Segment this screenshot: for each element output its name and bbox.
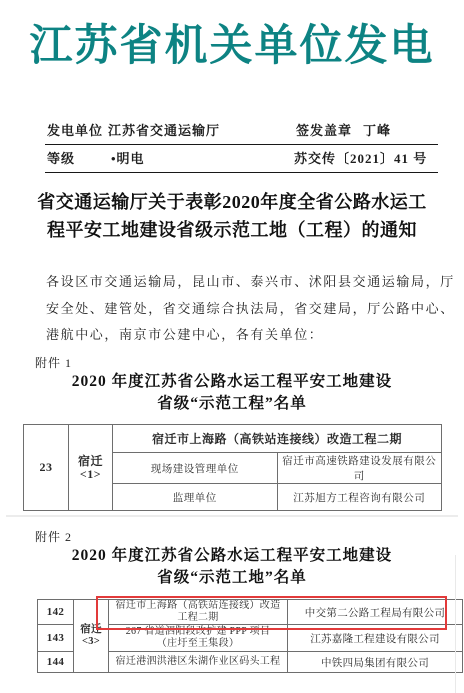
masthead-title: 江苏省机关单位发电: [0, 18, 464, 76]
unit-role-cell: 现场建设管理单位: [113, 453, 278, 484]
document-title-line1: 省交通运输厅关于表彰2020年度全省公路水运工: [12, 188, 452, 216]
table-row-142: 142 宿迁 <3> 宿迁市上海路（高铁站连接线）改造工程二期 中交第二公路工程…: [38, 600, 463, 625]
row-number-cell: 143: [38, 625, 74, 652]
page-edge-line: [455, 555, 456, 693]
attachment2-label: 附件 2: [35, 528, 72, 545]
issuer-label: 发电单位: [47, 120, 103, 139]
unit-name-cell: 宿迁市高速铁路建设发展有限公司: [277, 453, 442, 484]
project-name-cell: 宿迁市上海路（高铁站连接线）改造工程二期: [109, 600, 288, 625]
attachment1-table-wrap: 23 宿迁 <1> 宿迁市上海路（高铁站连接线）改造工程二期 现场建设管理单位 …: [23, 424, 442, 511]
city-note: <3>: [76, 636, 106, 648]
meta-header: 发电单位 江苏省交通运输厅 签发盖章 丁峰 等级 •明电 苏交传〔2021〕41…: [45, 118, 438, 173]
table-row: 23 宿迁 <1> 宿迁市上海路（高铁站连接线）改造工程二期: [24, 425, 442, 453]
project-line1: 267 省道泗阳段改扩建 PPP 项目: [111, 626, 285, 638]
project-name-cell: 267 省道泗阳段改扩建 PPP 项目 （庄圩至王集段）: [109, 625, 288, 652]
meta-row-grade: 等级 •明电 苏交传〔2021〕41 号: [45, 145, 438, 173]
unit-role-cell: 监理单位: [113, 484, 278, 511]
document-number: 苏交传〔2021〕41 号: [294, 148, 427, 167]
project-line2: （庄圩至王集段）: [111, 638, 285, 650]
sign-label: 签发盖章: [296, 120, 352, 139]
city-cell: 宿迁 <3>: [74, 600, 109, 673]
city-cell: 宿迁 <1>: [69, 425, 113, 511]
row-number-cell: 144: [38, 652, 74, 673]
attachment1-title-line2: 省级“示范工程”名单: [12, 393, 452, 415]
city-name: 宿迁: [76, 624, 106, 636]
attachment2-title-line1: 2020 年度江苏省公路水运工程平安工地建设: [12, 545, 452, 567]
meta-row-issuer: 发电单位 江苏省交通运输厅 签发盖章 丁峰: [45, 118, 438, 145]
grade-label: 等级: [47, 148, 75, 167]
telegram-document-page: 江苏省机关单位发电 发电单位 江苏省交通运输厅 签发盖章 丁峰 等级 •明电 苏…: [0, 0, 464, 693]
company-name-cell: 中铁四局集团有限公司: [288, 652, 463, 673]
unit-name-cell: 江苏旭方工程咨询有限公司: [277, 484, 442, 511]
body-line1: 各设区市交通运输局，昆山市、泰兴市、沭阳县交通运输局，厅: [46, 269, 444, 296]
attachment2-title: 2020 年度江苏省公路水运工程平安工地建设 省级“示范工地”名单: [12, 545, 452, 589]
document-title: 省交通运输厅关于表彰2020年度全省公路水运工 程平安工地建设省级示范工地（工程…: [12, 188, 452, 244]
attachment1-title: 2020 年度江苏省公路水运工程平安工地建设 省级“示范工程”名单: [12, 371, 452, 415]
project-name-cell: 宿迁港泗洪港区朱湖作业区码头工程: [109, 652, 288, 673]
row-number-cell: 142: [38, 600, 74, 625]
company-name-cell: 江苏嘉隆工程建设有限公司: [288, 625, 463, 652]
body-line2: 安全处、建管处，省交通综合执法局，省交建局，厅公路中心、: [46, 296, 444, 323]
page-divider-line: [6, 515, 458, 517]
attachment1-table: 23 宿迁 <1> 宿迁市上海路（高铁站连接线）改造工程二期 现场建设管理单位 …: [23, 424, 442, 511]
company-name-cell: 中交第二公路工程局有限公司: [288, 600, 463, 625]
attachment1-title-line1: 2020 年度江苏省公路水运工程平安工地建设: [12, 371, 452, 393]
body-line3: 港航中心，南京市公建中心，各有关单位：: [46, 322, 444, 349]
grade-value: •明电: [111, 148, 145, 167]
project-name-cell: 宿迁市上海路（高铁站连接线）改造工程二期: [113, 425, 442, 453]
addressee-paragraph: 各设区市交通运输局，昆山市、泰兴市、沭阳县交通运输局，厅 安全处、建管处，省交通…: [46, 269, 444, 349]
attachment1-label: 附件 1: [35, 354, 72, 371]
attachment2-table: 142 宿迁 <3> 宿迁市上海路（高铁站连接线）改造工程二期 中交第二公路工程…: [37, 599, 463, 673]
city-name: 宿迁: [71, 455, 110, 468]
attachment2-title-line2: 省级“示范工地”名单: [12, 567, 452, 589]
attachment2-table-wrap: 142 宿迁 <3> 宿迁市上海路（高铁站连接线）改造工程二期 中交第二公路工程…: [37, 599, 463, 673]
city-note: <1>: [71, 468, 110, 481]
document-title-line2: 程平安工地建设省级示范工地（工程）的通知: [12, 216, 452, 244]
row-index-cell: 23: [24, 425, 69, 511]
issuer-value: 江苏省交通运输厅: [108, 120, 220, 139]
signer-name: 丁峰: [363, 120, 391, 139]
